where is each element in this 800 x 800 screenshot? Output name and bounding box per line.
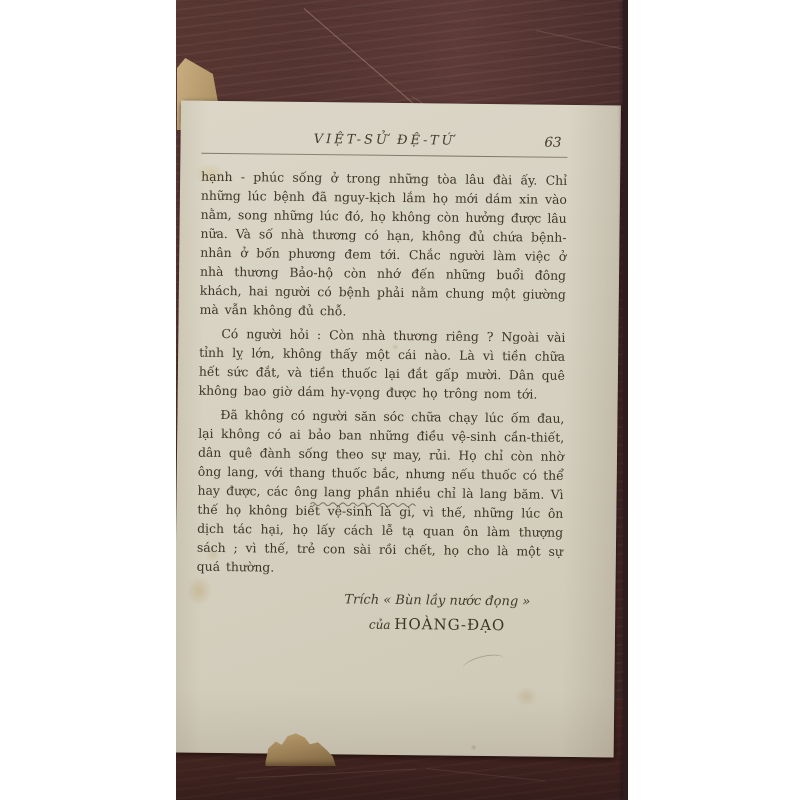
paragraph: hạnh - phúc sống ở trong những tòa lâu đ… <box>200 167 568 323</box>
running-header: VIỆT-SỬ ĐỆ-TỨ 63 <box>201 131 567 153</box>
quote-source: Trích « Bùn lầy nước đọng » <box>254 591 620 610</box>
quote-author-line: của HOÀNG-ĐẠO <box>254 613 620 635</box>
paper-fiber <box>461 651 505 675</box>
body-text: hạnh - phúc sống ở trong những tòa lâu đ… <box>197 167 568 580</box>
page-title: VIỆT-SỬ ĐỆ-TỨ <box>202 131 568 150</box>
book-page: VIỆT-SỬ ĐỆ-TỨ 63 hạnh - phúc sống ở tron… <box>176 101 621 758</box>
paragraph: Đã không có người săn sóc chữa chạy lúc … <box>197 405 565 580</box>
page-content: VIỆT-SỬ ĐỆ-TỨ 63 hạnh - phúc sống ở tron… <box>196 131 568 635</box>
attribution: Trích « Bùn lầy nước đọng » của HOÀNG-ĐẠ… <box>254 591 620 635</box>
header-rule <box>201 153 567 158</box>
paragraph: Có người hỏi : Còn nhà thương riêng ? Ng… <box>199 324 566 404</box>
paper-stain <box>510 682 542 710</box>
page-number: 63 <box>544 135 561 151</box>
author-prefix: của <box>369 618 391 632</box>
paper-stain <box>470 744 478 751</box>
book-photo: VIỆT-SỬ ĐỆ-TỨ 63 hạnh - phúc sống ở tron… <box>176 0 628 800</box>
squiggle-divider <box>309 500 417 508</box>
photo-right-edge <box>623 0 628 800</box>
author-name: HOÀNG-ĐẠO <box>394 615 505 634</box>
